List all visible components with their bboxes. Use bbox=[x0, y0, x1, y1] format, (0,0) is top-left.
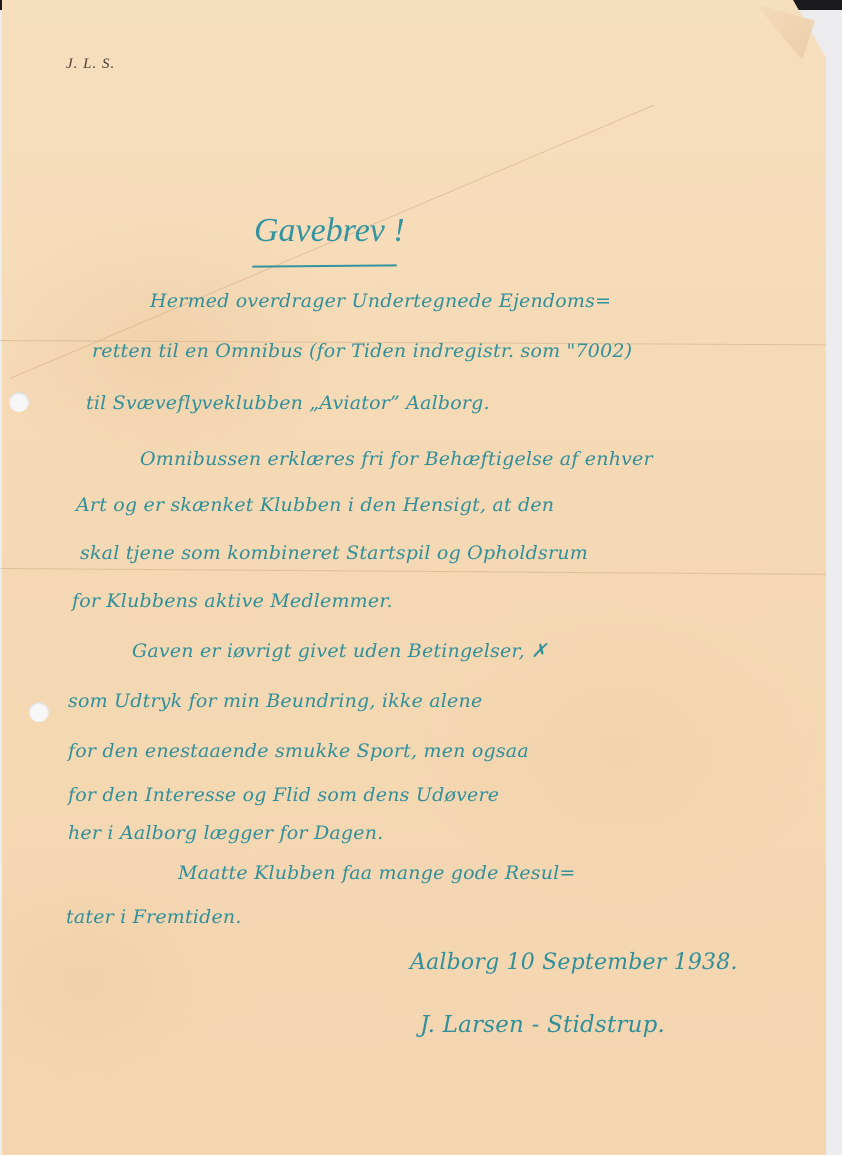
body-line: Hermed overdrager Undertegnede Ejendoms= bbox=[150, 290, 611, 312]
body-line: Art og er skænket Klubben i den Hensigt,… bbox=[76, 494, 554, 516]
body-line: for den enestaaende smukke Sport, men og… bbox=[68, 740, 529, 762]
initials-stamp: J. L. S. bbox=[66, 56, 115, 73]
body-line: for Klubbens aktive Medlemmer. bbox=[72, 590, 393, 612]
body-line: til Svæveflyveklubben „Aviator” Aalborg. bbox=[86, 392, 490, 414]
signature: J. Larsen - Stidstrup. bbox=[420, 1012, 665, 1038]
body-line: for den Interesse og Flid som dens Udøve… bbox=[68, 784, 499, 806]
body-line: Gaven er iøvrigt givet uden Betingelser,… bbox=[132, 640, 547, 662]
body-line: skal tjene som kombineret Startspil og O… bbox=[80, 542, 588, 564]
body-line: Maatte Klubben faa mange gode Resul= bbox=[178, 862, 576, 884]
letter-paper bbox=[2, 0, 826, 1155]
body-line: som Udtryk for min Beundring, ikke alene bbox=[68, 690, 482, 712]
date-line: Aalborg 10 September 1938. bbox=[410, 950, 738, 975]
body-line: tater i Fremtiden. bbox=[66, 906, 242, 928]
body-line: Omnibussen erklæres fri for Behæftigelse… bbox=[140, 448, 653, 470]
letter-title: Gavebrev ! bbox=[254, 212, 405, 250]
punch-hole-bottom bbox=[29, 702, 49, 722]
punch-hole-top bbox=[9, 392, 29, 412]
body-line: her i Aalborg lægger for Dagen. bbox=[68, 822, 383, 844]
body-line: retten til en Omnibus (for Tiden indregi… bbox=[92, 340, 632, 362]
